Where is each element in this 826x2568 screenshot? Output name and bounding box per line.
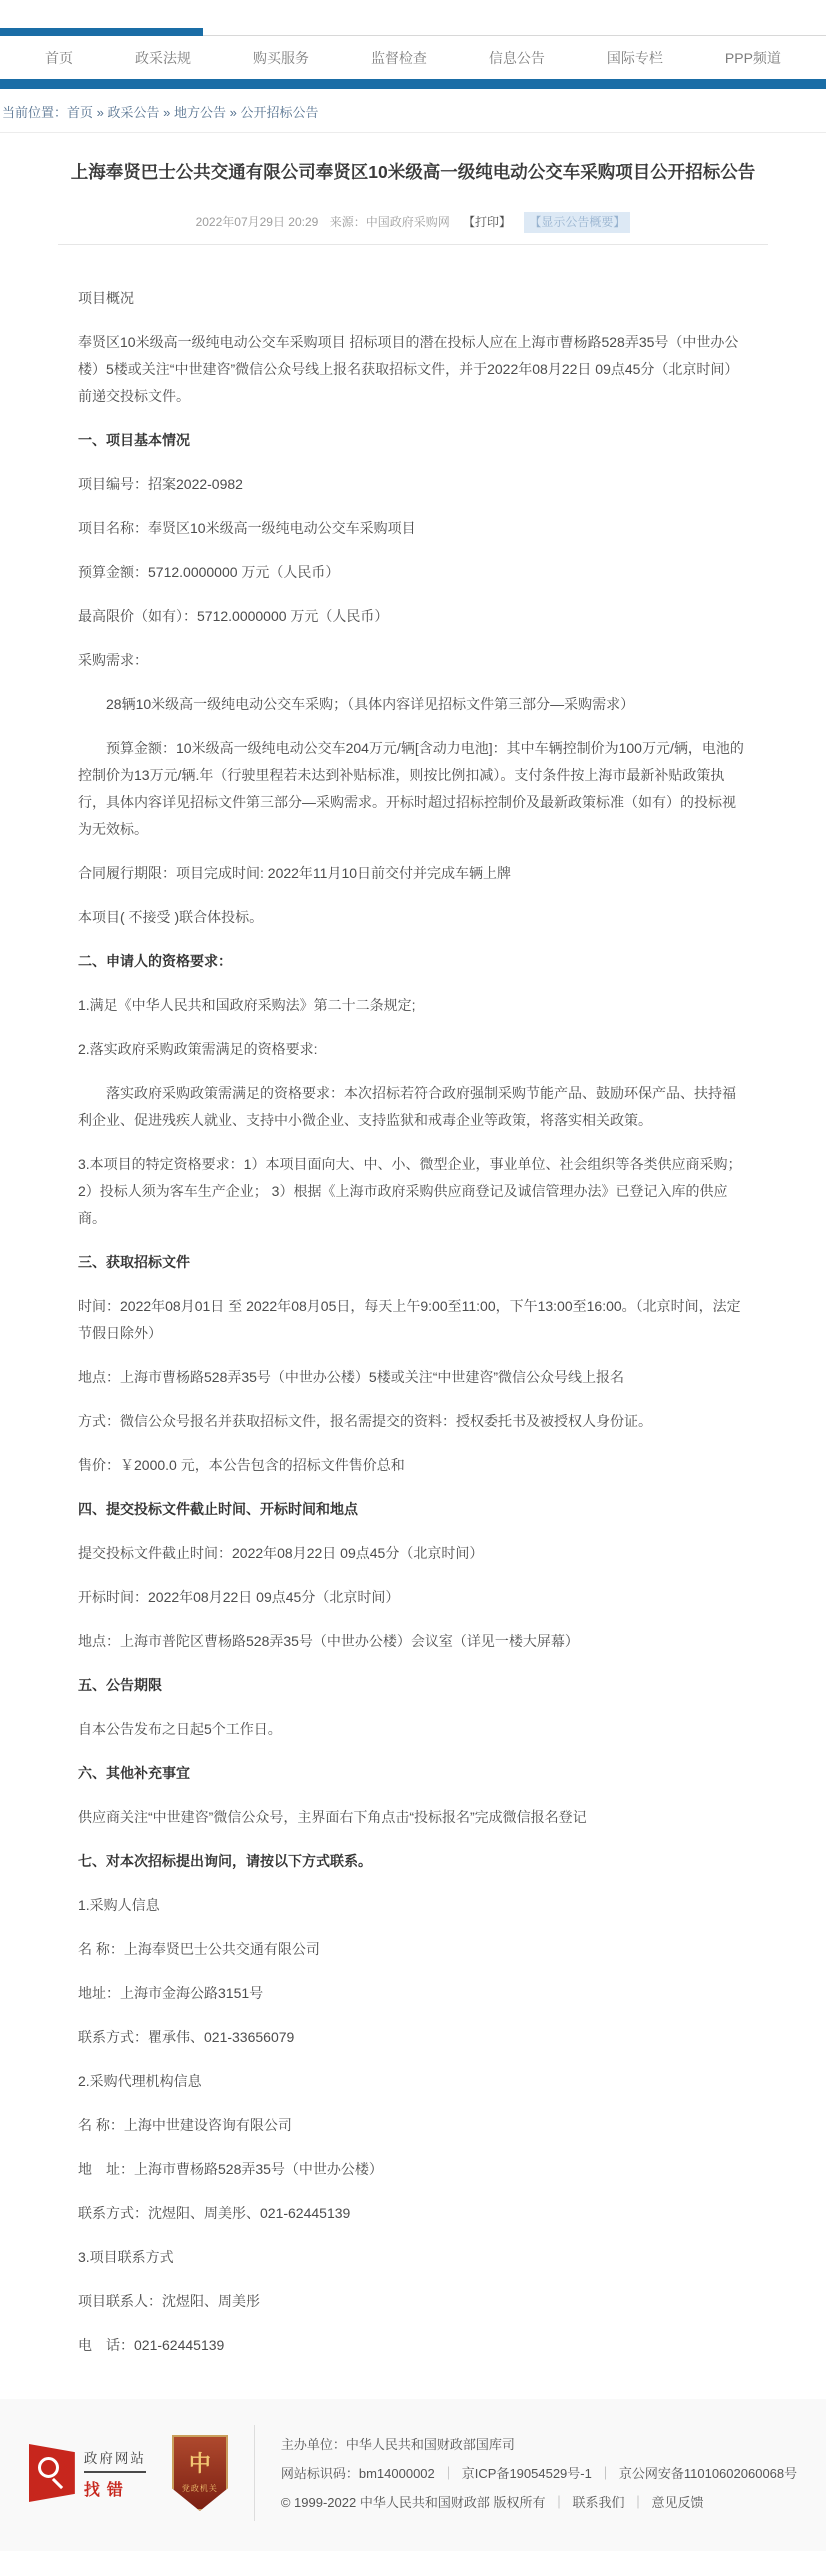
paragraph: 地点：上海市普陀区曹杨路528弄35号（中世办公楼）会议室（详见一楼大屏幕） — [78, 1628, 748, 1655]
paragraph: 联系方式：沈煜阳、周美彤、021-62445139 — [78, 2200, 748, 2227]
paragraph: 1.采购人信息 — [78, 1892, 748, 1919]
footer-id-line: 网站标识码：bm14000002｜京ICP备19054529号-1｜京公网安备1… — [281, 2459, 797, 2488]
paragraph: 本项目( 不接受 )联合体投标。 — [78, 904, 748, 931]
magnifier-icon — [29, 2444, 75, 2502]
nav-item[interactable]: 国际专栏 — [607, 48, 663, 68]
paragraph: 奉贤区10米级高一级纯电动公交车采购项目 招标项目的潜在投标人应在上海市曹杨路5… — [78, 329, 748, 410]
publish-datetime: 2022年07月29日 20:29 — [196, 215, 319, 229]
feedback-link[interactable]: 意见反馈 — [652, 2495, 704, 2510]
nav-item[interactable]: PPP频道 — [725, 48, 781, 68]
gov-site-error-badge[interactable]: 政府网站 找错 — [29, 2444, 146, 2502]
shield-label: 党政机关 — [182, 2483, 218, 2494]
paragraph: 预算金额：5712.0000000 万元（人民币） — [78, 559, 748, 586]
paragraph: 联系方式：瞿承伟、021-33656079 — [78, 2024, 748, 2051]
paragraph: 合同履行期限：项目完成时间: 2022年11月10日前交付并完成车辆上牌 — [78, 860, 748, 887]
nav-item[interactable]: 监督检查 — [371, 48, 427, 68]
paragraph: 自本公告发布之日起5个工作日。 — [78, 1716, 748, 1743]
paragraph: 地点：上海市曹杨路528弄35号（中世办公楼）5楼或关注“中世建咨”微信公众号线… — [78, 1364, 748, 1391]
paragraph: 1.满足《中华人民共和国政府采购法》第二十二条规定; — [78, 992, 748, 1019]
section-heading: 二、申请人的资格要求： — [78, 948, 748, 975]
section-heading: 三、获取招标文件 — [78, 1249, 748, 1276]
section-heading: 一、项目基本情况 — [78, 427, 748, 454]
header-accent-bar — [0, 28, 203, 36]
paragraph: 名 称：上海奉贤巴士公共交通有限公司 — [78, 1936, 748, 1963]
paragraph: 项目概况 — [78, 285, 748, 312]
nav-item[interactable]: 购买服务 — [253, 48, 309, 68]
breadcrumb-label: 当前位置： — [2, 105, 67, 120]
paragraph: 电 话：021-62445139 — [78, 2332, 748, 2359]
nav-item[interactable]: 首页 — [45, 48, 73, 68]
paragraph: 地址：上海市金海公路3151号 — [78, 1980, 748, 2007]
paragraph: 2.落实政府采购政策需满足的资格要求: — [78, 1036, 748, 1063]
paragraph: 3.项目联系方式 — [78, 2244, 748, 2271]
paragraph: 项目联系人：沈煜阳、周美彤 — [78, 2288, 748, 2315]
paragraph: 时间：2022年08月01日 至 2022年08月05日，每天上午9:00至11… — [78, 1293, 748, 1347]
paragraph: 名 称：上海中世建设咨询有限公司 — [78, 2112, 748, 2139]
paragraph: 3.本项目的特定资格要求：1）本项目面向大、中、小、微型企业，事业单位、社会组织… — [78, 1151, 748, 1232]
footer-host-line: 主办单位：中华人民共和国财政部国库司 — [281, 2430, 797, 2459]
footer-separator: ｜ — [599, 2466, 612, 2481]
paragraph: 2.采购代理机构信息 — [78, 2068, 748, 2095]
paragraph: 售价：￥2000.0 元，本公告包含的招标文件售价总和 — [78, 1452, 748, 1479]
paragraph: 开标时间：2022年08月22日 09点45分（北京时间） — [78, 1584, 748, 1611]
paragraph: 项目名称：奉贤区10米级高一级纯电动公交车采购项目 — [78, 515, 748, 542]
site-id: 网站标识码：bm14000002 — [281, 2466, 435, 2481]
nav-item[interactable]: 政采法规 — [135, 48, 191, 68]
footer-separator: ｜ — [631, 2495, 644, 2510]
error-badge-line1: 政府网站 — [84, 2447, 146, 2473]
paragraph: 地 址：上海市曹杨路528弄35号（中世办公楼） — [78, 2156, 748, 2183]
paragraph: 提交投标文件截止时间：2022年08月22日 09点45分（北京时间） — [78, 1540, 748, 1567]
breadcrumb-link[interactable]: 首页 — [67, 105, 93, 120]
nav-item[interactable]: 信息公告 — [489, 48, 545, 68]
contact-us-link[interactable]: 联系我们 — [572, 2495, 624, 2510]
paragraph: 预算金额：10米级高一级纯电动公交车204万元/辆[含动力电池]：其中车辆控制价… — [78, 735, 748, 843]
paragraph: 方式：微信公众号报名并获取招标文件，报名需提交的资料：授权委托书及被授权人身份证… — [78, 1408, 748, 1435]
footer-copyright-line: © 1999-2022 中华人民共和国财政部 版权所有｜联系我们｜意见反馈 — [281, 2488, 797, 2517]
section-heading: 七、对本次招标提出询问，请按以下方式联系。 — [78, 1848, 748, 1875]
breadcrumb-separator: » — [160, 105, 174, 120]
breadcrumb: 当前位置：首页 » 政采公告 » 地方公告 » 公开招标公告 — [0, 89, 826, 133]
section-heading: 六、其他补充事宜 — [78, 1760, 748, 1787]
paragraph: 项目编号：招案2022-0982 — [78, 471, 748, 498]
footer-text-block: 主办单位：中华人民共和国财政部国库司 网站标识码：bm14000002｜京ICP… — [281, 2430, 797, 2517]
section-heading: 五、公告期限 — [78, 1672, 748, 1699]
paragraph: 28辆10米级高一级纯电动公交车采购；（具体内容详见招标文件第三部分—采购需求） — [78, 691, 748, 718]
article-meta: 2022年07月29日 20:29 来源：中国政府采购网 【打印】 【显示公告概… — [0, 213, 826, 230]
breadcrumb-link[interactable]: 公开招标公告 — [240, 105, 318, 120]
footer-separator: ｜ — [442, 2466, 455, 2481]
top-nav: 首页政采法规购买服务监督检查信息公告国际专栏PPP频道 — [0, 35, 826, 79]
page-footer: 政府网站 找错 中 党政机关 主办单位：中华人民共和国财政部国库司 网站标识码：… — [0, 2399, 826, 2551]
breadcrumb-separator: » — [226, 105, 240, 120]
nav-bottom-bar — [0, 79, 826, 89]
paragraph: 落实政府采购政策需满足的资格要求：本次招标若符合政府强制采购节能产品、鼓励环保产… — [78, 1080, 748, 1134]
copyright-text: © 1999-2022 中华人民共和国财政部 版权所有 — [281, 2495, 546, 2510]
footer-divider — [254, 2425, 255, 2521]
breadcrumb-separator: » — [93, 105, 107, 120]
error-badge-line2: 找错 — [84, 2477, 146, 2500]
breadcrumb-parts: 首页 » 政采公告 » 地方公告 » 公开招标公告 — [67, 105, 318, 120]
security-number: 京公网安备11010602060068号 — [619, 2466, 797, 2481]
party-gov-shield-icon[interactable]: 中 党政机关 — [172, 2435, 228, 2511]
paragraph: 采购需求： — [78, 647, 748, 674]
footer-separator: ｜ — [552, 2495, 565, 2510]
paragraph: 供应商关注“中世建咨”微信公众号，主界面右下角点击“投标报名”完成微信报名登记 — [78, 1804, 748, 1831]
show-summary-button[interactable]: 【显示公告概要】 — [524, 212, 630, 233]
print-button[interactable]: 【打印】 — [463, 215, 511, 229]
breadcrumb-link[interactable]: 地方公告 — [174, 105, 226, 120]
announcement-body: 项目概况奉贤区10米级高一级纯电动公交车采购项目 招标项目的潜在投标人应在上海市… — [78, 245, 748, 2359]
page-title: 上海奉贤巴士公共交通有限公司奉贤区10米级高一级纯电动公交车采购项目公开招标公告 — [63, 157, 763, 187]
source-label: 来源：中国政府采购网 — [330, 215, 450, 229]
paragraph: 最高限价（如有）：5712.0000000 万元（人民币） — [78, 603, 748, 630]
section-heading: 四、提交投标文件截止时间、开标时间和地点 — [78, 1496, 748, 1523]
icp-number: 京ICP备19054529号-1 — [462, 2466, 592, 2481]
breadcrumb-link[interactable]: 政采公告 — [108, 105, 160, 120]
shield-emblem: 中 — [189, 2453, 211, 2475]
